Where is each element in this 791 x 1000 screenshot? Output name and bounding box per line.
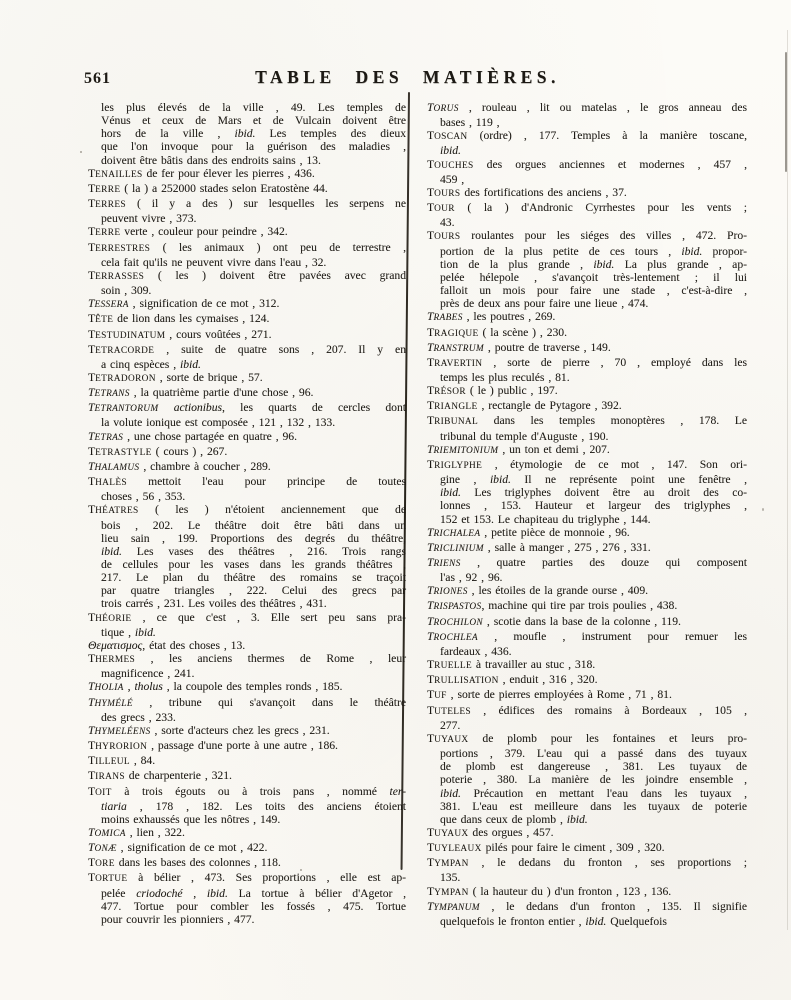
index-line: THALÈS mettoit l'eau pour principe de to… bbox=[88, 475, 406, 490]
index-headword: TRIANGLE bbox=[427, 399, 478, 412]
index-column-right: TORUS , rouleau , lit ou matelas , le gr… bbox=[427, 101, 747, 928]
index-line: THALAMUS , chambre à coucher , 289. bbox=[88, 460, 406, 475]
index-line: Vénus et ceux de Mars et de Vulcain doiv… bbox=[88, 114, 406, 127]
index-line: doivent être bâtis dans des endroits sai… bbox=[88, 154, 406, 167]
index-line: TRIENS , quatre parties des douze qui co… bbox=[427, 556, 747, 571]
index-line: falloit un mois pour faire une stade , c… bbox=[427, 284, 747, 297]
index-line: TESSERA , signification de ce mot , 312. bbox=[88, 297, 406, 312]
index-line: fardeaux , 436. bbox=[427, 645, 747, 658]
index-headword: TERRASSES bbox=[88, 269, 144, 282]
index-headword: TETRADORON bbox=[88, 371, 156, 384]
index-line: poterie , 380. La manière de les joindre… bbox=[427, 773, 747, 786]
index-line: TRIGLYPHE , étymologie de ce mot , 147. … bbox=[427, 458, 747, 473]
index-line: 43. bbox=[427, 216, 747, 229]
index-line: que l'on invoque pour la guérison des ma… bbox=[88, 140, 406, 153]
index-line: a cinq espèces , ibid. bbox=[88, 358, 406, 371]
book-page: 561 TABLE DES MATIÈRES. les plus élevés … bbox=[0, 0, 791, 1000]
index-line: TYMPANUM , le dedans d'un fronton , 135.… bbox=[427, 900, 747, 915]
index-line: trois carrés , 231. Les voiles des théât… bbox=[88, 597, 406, 610]
index-line: pelée hélepole , s'avançoit très-lenteme… bbox=[427, 271, 747, 284]
index-line: TESTUDINATUM , cours voûtées , 271. bbox=[88, 328, 406, 343]
index-line: TRAVERTIN , sorte de pierre , 70 , emplo… bbox=[427, 356, 747, 371]
index-headword: TRIEMITONIUM bbox=[427, 443, 498, 456]
index-line: THYMELÉENS , sorte d'acteurs chez les gr… bbox=[88, 724, 406, 739]
index-line: TRABES , les poutres , 269. bbox=[427, 310, 747, 325]
index-headword: TERRES bbox=[88, 197, 126, 210]
index-line: TROCHILON , scotie dans la base de la co… bbox=[427, 615, 747, 630]
index-line: TUYAUX de plomb pour les fontaines et le… bbox=[427, 732, 747, 747]
index-line: TERRASSES ( les ) doivent être pavées av… bbox=[88, 269, 406, 284]
index-line: TÊTE de lion dans les cymaises , 124. bbox=[88, 312, 406, 327]
index-line: TORUS , rouleau , lit ou matelas , le gr… bbox=[427, 101, 747, 116]
index-headword: TOURS bbox=[427, 186, 460, 199]
index-headword: TUYAUX bbox=[427, 826, 469, 839]
index-line: magnificence , 241. bbox=[88, 667, 406, 680]
index-line: TERRESTRES ( les animaux ) ont peu de te… bbox=[88, 241, 406, 256]
index-line: hors de la ville , ibid. Les temples des… bbox=[88, 127, 406, 140]
index-line: choses , 56 , 353. bbox=[88, 490, 406, 503]
index-line: 135. bbox=[427, 871, 747, 884]
index-headword: TRABES bbox=[427, 310, 463, 323]
index-headword: TRANSTRUM bbox=[427, 341, 484, 354]
index-line: TRICHALEA , petite pièce de monnoie , 96… bbox=[427, 526, 747, 541]
index-headword: TUTELES bbox=[427, 704, 471, 717]
index-line: 459 , bbox=[427, 173, 747, 186]
index-line: tique , ibid. bbox=[88, 626, 406, 639]
index-line: THYMÉLÉ , tribune qui s'avançoit dans le… bbox=[88, 696, 406, 711]
index-headword: TRISPASTOS bbox=[427, 599, 482, 612]
index-line: l'as , 92 , 96. bbox=[427, 571, 747, 584]
index-headword: TOURS bbox=[427, 229, 460, 242]
index-line: TUYLEAUX pilés pour faire le ciment , 30… bbox=[427, 841, 747, 856]
index-line: TYMPAN ( la hauteur du ) d'un fronton , … bbox=[427, 885, 747, 900]
index-headword: TORE bbox=[88, 856, 115, 869]
index-line: TRIONES , les étoiles de la grande ourse… bbox=[427, 584, 747, 599]
index-headword: TENAILLES bbox=[88, 167, 143, 180]
index-line: pelée criodoché , ibid. La tortue à béli… bbox=[88, 887, 406, 900]
index-line: gine , ibid. Il ne représente point une … bbox=[427, 473, 747, 486]
index-line: quelquefois le fronton entier , ibid. Qu… bbox=[427, 915, 747, 928]
index-headword: THALAMUS bbox=[88, 460, 139, 473]
scan-speck-artifact bbox=[80, 151, 82, 153]
index-headword: TORTUE bbox=[88, 871, 127, 884]
index-line: ibid. Précaution en mettant l'eau dans l… bbox=[427, 787, 747, 800]
index-line: TETRADORON , sorte de brique , 57. bbox=[88, 371, 406, 386]
index-line: TONÆ , signification de ce mot , 422. bbox=[88, 841, 406, 856]
scan-speck-artifact bbox=[762, 508, 764, 511]
index-line: TERRES ( il y a des ) sur lesquelles les… bbox=[88, 197, 406, 212]
index-line: portion de la plus petite de ces tours ,… bbox=[427, 245, 747, 258]
index-headword: THERMES bbox=[88, 652, 135, 665]
index-line: TETRAS , une chose partagée en quatre , … bbox=[88, 430, 406, 445]
index-line: TOUR ( la ) d'Andronic Cyrrhestes pour l… bbox=[427, 201, 747, 216]
index-line: TRÉSOR ( le ) public , 197. bbox=[427, 384, 747, 399]
index-line: TORE dans les bases des colonnes , 118. bbox=[88, 856, 406, 871]
index-line: pour couvrir les pionniers , 477. bbox=[88, 913, 406, 926]
index-line: TENAILLES de fer pour élever les pierres… bbox=[88, 167, 406, 182]
index-headword: TIRANS bbox=[88, 769, 125, 782]
scan-speck-artifact bbox=[300, 869, 302, 871]
index-line: THÉORIE , ce que c'est , 3. Elle sert pe… bbox=[88, 611, 406, 626]
index-line: TOURS des fortifications des anciens , 3… bbox=[427, 186, 747, 201]
index-line: bois , 202. Le théâtre doit être bâti da… bbox=[88, 519, 406, 532]
index-line: moins exhaussés que les nôtres , 149. bbox=[88, 813, 406, 826]
index-headword: TRAVERTIN bbox=[427, 356, 482, 369]
index-line: TOIT à trois égouts ou à trois pans , no… bbox=[88, 785, 406, 800]
scan-edge-artifact bbox=[785, 52, 787, 172]
index-line: ibid. bbox=[427, 144, 747, 157]
index-headword: TONÆ bbox=[88, 841, 117, 854]
index-headword: THÉORIE bbox=[88, 611, 131, 624]
index-headword: THYRORION bbox=[88, 739, 147, 752]
index-line: de plomb est dangereuse , 381. Les tuyau… bbox=[427, 760, 747, 773]
index-headword: TETRANS bbox=[88, 386, 130, 399]
index-line: TRANSTRUM , poutre de traverse , 149. bbox=[427, 341, 747, 356]
index-line: TERRE verte , couleur pour peindre , 342… bbox=[88, 225, 406, 240]
index-headword: TETRASTYLE bbox=[88, 445, 152, 458]
index-headword: TYMPAN bbox=[427, 885, 469, 898]
page-title: TABLE DES MATIÈRES. bbox=[24, 67, 791, 88]
index-headword: TRIONES bbox=[427, 584, 468, 597]
index-line: 477. Tortue pour combler les fossés , 47… bbox=[88, 900, 406, 913]
index-headword: TUF bbox=[427, 688, 447, 701]
index-line: TRAGIQUE ( la scène ) , 230. bbox=[427, 326, 747, 341]
index-headword: TRAGIQUE bbox=[427, 326, 479, 339]
index-line: ibid. Les triglyphes doivent être au dro… bbox=[427, 486, 747, 499]
index-line: TRUELLE à travailler au stuc , 318. bbox=[427, 658, 747, 673]
index-headword: TRUELLE bbox=[427, 658, 472, 671]
index-line: TRULLISATION , enduit , 316 , 320. bbox=[427, 673, 747, 688]
index-headword: TERRE bbox=[88, 182, 120, 195]
index-headword: TORUS bbox=[427, 101, 459, 114]
index-line: TOURS roulantes pour les siéges des vill… bbox=[427, 229, 747, 244]
index-line: TRIBUNAL dans les temples monoptères , 1… bbox=[427, 414, 747, 429]
index-line: TRISPASTOS, machine qui tire par trois p… bbox=[427, 599, 747, 614]
index-line: par quatre triangles , 222. Celui des gr… bbox=[88, 584, 406, 597]
index-line: peuvent vivre , 373. bbox=[88, 212, 406, 225]
index-line: THYRORION , passage d'une porte à une au… bbox=[88, 739, 406, 754]
index-line: TILLEUL , 84. bbox=[88, 754, 406, 769]
index-line: TETRACORDE , suite de quatre sons , 207.… bbox=[88, 343, 406, 358]
index-headword: TUYAUX bbox=[427, 732, 469, 745]
index-line: Θεματισμος, état des choses , 13. bbox=[88, 639, 406, 652]
index-headword: TRICHALEA bbox=[427, 526, 480, 539]
index-line: TRIANGLE , rectangle de Pytagore , 392. bbox=[427, 399, 747, 414]
index-line: TOMICA , lien , 322. bbox=[88, 826, 406, 841]
index-line: bases , 119 , bbox=[427, 116, 747, 129]
index-headword: TOIT bbox=[88, 785, 112, 798]
index-headword: TRÉSOR bbox=[427, 384, 466, 397]
index-line: TETRANS , la quatrième partie d'une chos… bbox=[88, 386, 406, 401]
index-line: soin , 309. bbox=[88, 284, 406, 297]
index-headword: TRIGLYPHE bbox=[427, 458, 482, 471]
index-line: 152 et 153. Le chapiteau du triglyphe , … bbox=[427, 513, 747, 526]
index-line: la volute ionique est composée , 121 , 1… bbox=[88, 416, 406, 429]
index-line: THERMES , les anciens thermes de Rome , … bbox=[88, 652, 406, 667]
index-line: TETRASTYLE ( cours ) , 267. bbox=[88, 445, 406, 460]
index-headword: TESSERA bbox=[88, 297, 129, 310]
index-line: 381. L'eau est meilleure dans les tuyaux… bbox=[427, 800, 747, 813]
index-line: TRIEMITONIUM , un ton et demi , 207. bbox=[427, 443, 747, 458]
index-line: TROCHLEA , moufle , instrument pour remu… bbox=[427, 630, 747, 645]
index-headword: TUYLEAUX bbox=[427, 841, 482, 854]
index-line: tiaria , 178 , 182. Les toits des ancien… bbox=[88, 800, 406, 813]
index-line: tion de la plus grande , ibid. La plus g… bbox=[427, 258, 747, 271]
index-headword: TRIENS bbox=[427, 556, 461, 569]
index-line: TUTELES , édifices des romains à Bordeau… bbox=[427, 704, 747, 719]
index-headword: THYMÉLÉ bbox=[88, 696, 133, 709]
index-headword: TÊTE bbox=[88, 312, 113, 325]
index-line: tribunal du temple d'Auguste , 190. bbox=[427, 430, 747, 443]
index-headword: THÉATRES bbox=[88, 503, 139, 516]
index-line: THÉATRES ( les ) n'étoient anciennement … bbox=[88, 503, 406, 518]
index-headword: TRULLISATION bbox=[427, 673, 499, 686]
index-line: TOUCHES des orgues anciennes et modernes… bbox=[427, 158, 747, 173]
index-line: temps les plus reculés , 81. bbox=[427, 371, 747, 384]
index-line: TUYAUX des orgues , 457. bbox=[427, 826, 747, 841]
index-line: TETRANTORUM actionibus, les quarts de ce… bbox=[88, 401, 406, 416]
index-headword: TESTUDINATUM bbox=[88, 328, 165, 341]
index-headword: TERRE bbox=[88, 225, 120, 238]
index-headword: TROCHLEA bbox=[427, 630, 478, 643]
index-line: des grecs , 233. bbox=[88, 711, 406, 724]
index-line: les plus élevés de la ville , 49. Les te… bbox=[88, 101, 406, 114]
index-line: près de deux ans pour faire une lieue , … bbox=[427, 297, 747, 310]
index-headword: TETRANTORUM bbox=[88, 401, 159, 414]
index-line: cela fait qu'ils ne peuvent vivre dans l… bbox=[88, 256, 406, 269]
index-headword: THOLIA bbox=[88, 680, 124, 693]
index-line: TUF , sorte de pierres employées à Rome … bbox=[427, 688, 747, 703]
index-line: TRICLINIUM , salle à manger , 275 , 276 … bbox=[427, 541, 747, 556]
index-headword: TRICLINIUM bbox=[427, 541, 484, 554]
index-line: ibid. Les vases des théâtres , 216. Troi… bbox=[88, 545, 406, 558]
index-headword: TRIBUNAL bbox=[427, 414, 478, 427]
index-line: lonnes , 153. Hauteur et largeur des tri… bbox=[427, 499, 747, 512]
index-line: TORTUE à bélier , 473. Ses proportions ,… bbox=[88, 871, 406, 886]
index-headword: TOSCAN bbox=[427, 129, 468, 142]
index-headword: TROCHILON bbox=[427, 615, 483, 628]
index-headword: THALÈS bbox=[88, 475, 127, 488]
index-line: TYMPAN , le dedans du fronton , ses prop… bbox=[427, 856, 747, 871]
index-headword: TERRESTRES bbox=[88, 241, 150, 254]
index-line: de cellules pour les vases dans les gran… bbox=[88, 558, 406, 571]
index-line: 277. bbox=[427, 719, 747, 732]
index-line: lieu sain , 199. Proportions des degrés … bbox=[88, 532, 406, 545]
index-headword: TETRACORDE bbox=[88, 343, 154, 356]
index-headword: TOMICA bbox=[88, 826, 126, 839]
index-headword: TYMPAN bbox=[427, 856, 469, 869]
index-headword: TILLEUL bbox=[88, 754, 130, 767]
index-headword: TOUCHES bbox=[427, 158, 474, 171]
index-line: THOLIA , tholus , la coupole des temples… bbox=[88, 680, 406, 695]
index-line: TERRE ( la ) a 252000 stades selon Erato… bbox=[88, 182, 406, 197]
index-headword: TYMPANUM bbox=[427, 900, 480, 913]
index-column-left: les plus élevés de la ville , 49. Les te… bbox=[88, 101, 406, 926]
index-line: que dans ceux de plomb , ibid. bbox=[427, 813, 747, 826]
index-line: 217. Le plan du théâtre des romains se t… bbox=[88, 571, 406, 584]
index-line: TIRANS de charpenterie , 321. bbox=[88, 769, 406, 784]
index-line: portions , 379. L'eau qui a passé dans d… bbox=[427, 747, 747, 760]
index-headword: TOUR bbox=[427, 201, 455, 214]
index-line: TOSCAN (ordre) , 177. Temples à la maniè… bbox=[427, 129, 747, 144]
index-headword: THYMELÉENS bbox=[88, 724, 151, 737]
index-headword: TETRAS bbox=[88, 430, 123, 443]
